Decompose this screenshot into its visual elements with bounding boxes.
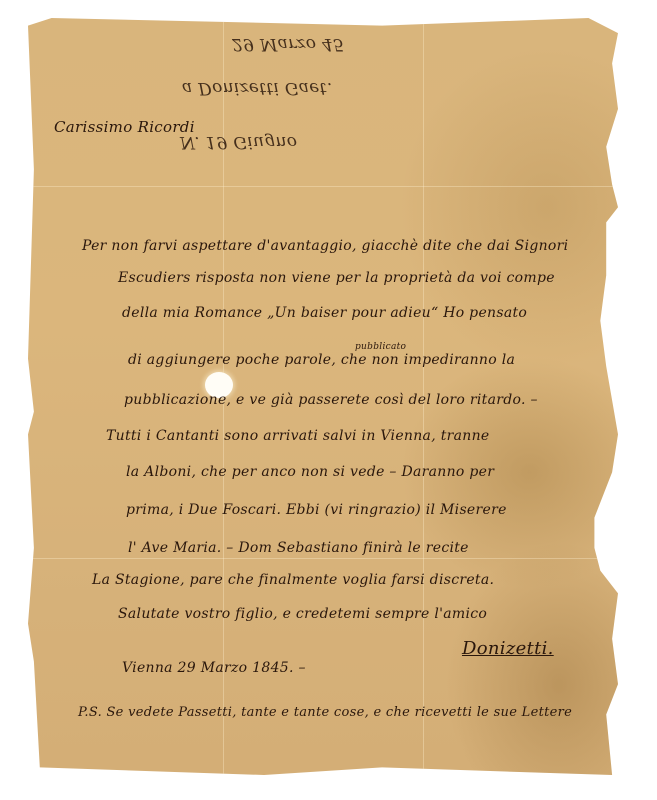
body-line-3: della mia Romance „Un baiser pour adieu“… xyxy=(122,305,527,321)
address-line-3: N. 19 Giugno xyxy=(180,132,297,152)
body-line-5: pubblicazione, e ve già passerete così d… xyxy=(124,392,538,408)
signature: Donizetti. xyxy=(462,638,554,659)
address-line-1: 29 Marzo 45 xyxy=(232,34,344,54)
body-line-4: di aggiungere poche parole, che non impe… xyxy=(128,352,515,368)
place-date: Vienna 29 Marzo 1845. – xyxy=(122,660,306,676)
body-line-2: Escudiers risposta non viene per la prop… xyxy=(118,270,555,286)
body-line-10: La Stagione, pare che finalmente voglia … xyxy=(92,572,494,588)
address-line-2: a Donizetti Gaet. xyxy=(182,78,332,98)
salutation: Carissimo Ricordi xyxy=(54,118,195,136)
body-line-11: Salutate vostro figlio, e credetemi semp… xyxy=(118,606,487,622)
body-line-6: Tutti i Cantanti sono arrivati salvi in … xyxy=(106,428,490,444)
fold-line-horizontal xyxy=(28,558,618,559)
body-line-1: Per non farvi aspettare d'avantaggio, gi… xyxy=(82,238,568,254)
body-line-8: prima, i Due Foscari. Ebbi (vi ringrazio… xyxy=(126,502,507,518)
body-line-9: l' Ave Maria. – Dom Sebastiano finirà le… xyxy=(128,540,469,556)
body-line-7: la Alboni, che per anco non si vede – Da… xyxy=(126,464,494,480)
postscript: P.S. Se vedete Passetti, tante e tante c… xyxy=(78,705,572,720)
interlinear-note: pubblicato xyxy=(355,342,406,352)
fold-line-horizontal xyxy=(28,186,618,187)
